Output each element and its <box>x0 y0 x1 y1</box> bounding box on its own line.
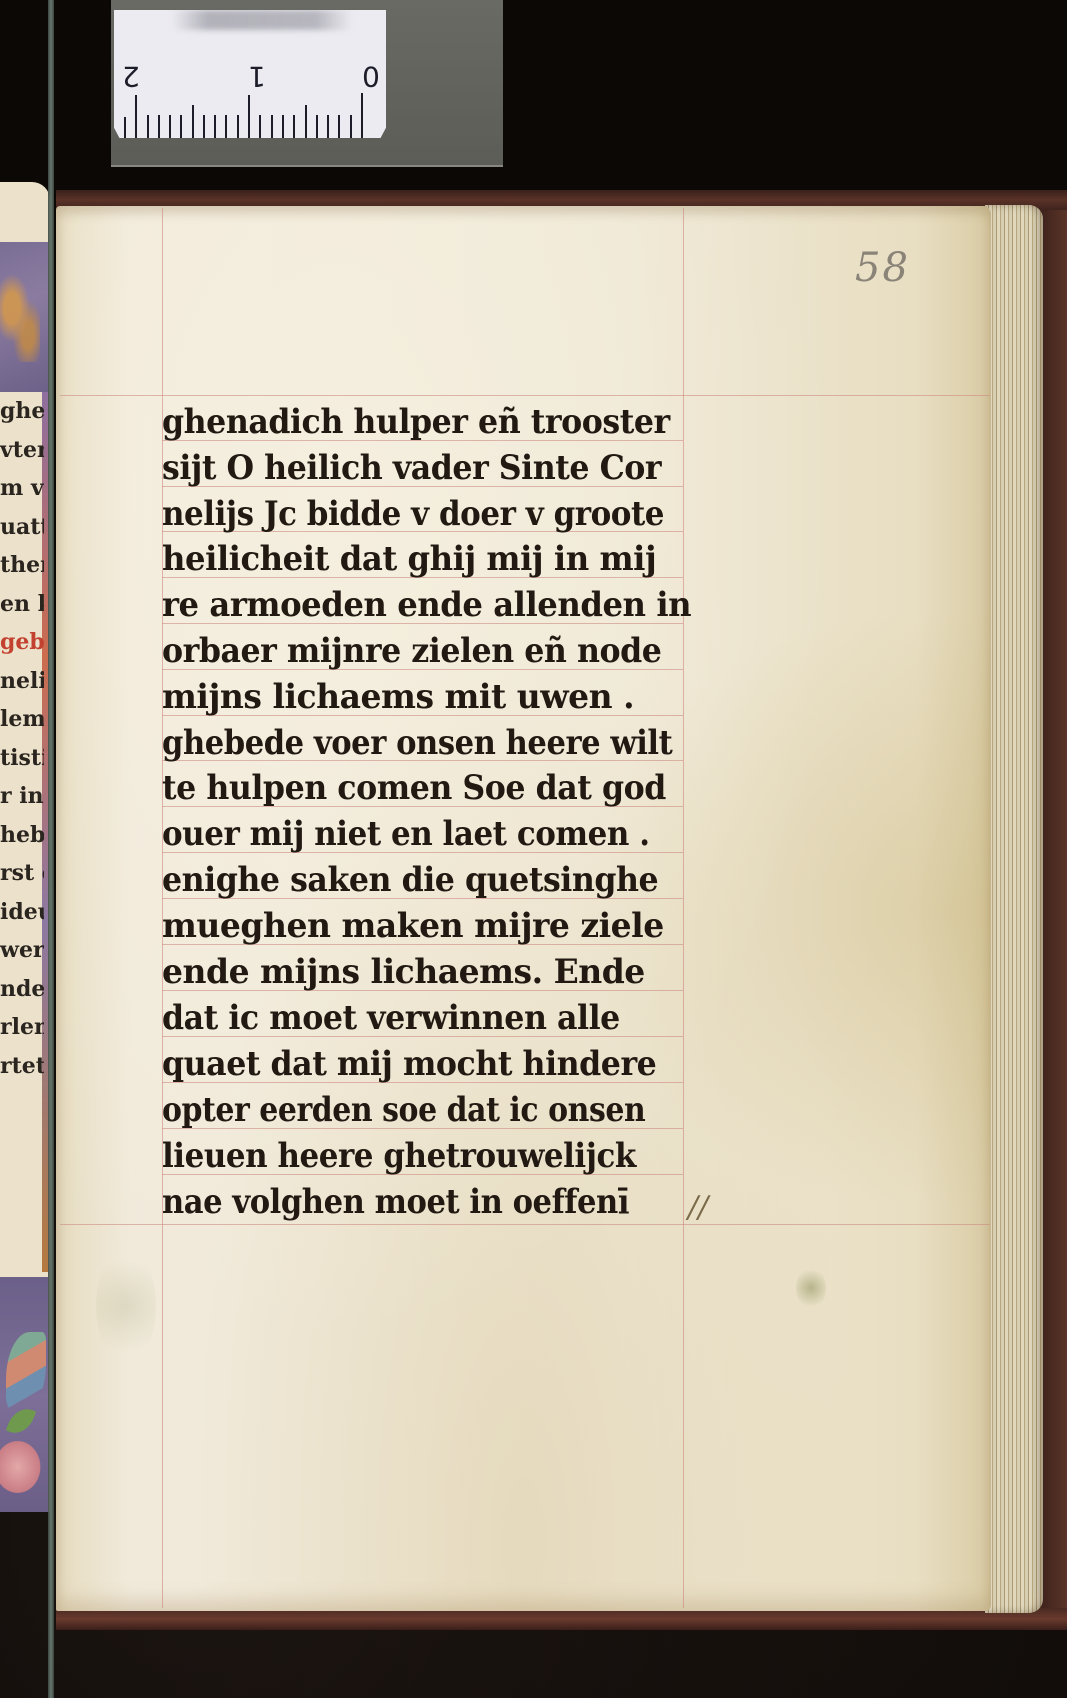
facing-line: vter <box>0 431 44 470</box>
facing-page-fragment: ghe vter m ver uatt therbe en k gebe nel… <box>0 182 50 1512</box>
text-line-16: opter eerden soe dat ic onsen <box>162 1088 645 1132</box>
ruler-label-0: 0 <box>362 62 380 90</box>
line-end-filler-mark: // <box>688 1190 708 1225</box>
ruler-shadow-ghost <box>172 10 352 30</box>
facing-line: hebt <box>0 816 44 855</box>
facing-line: ghe <box>0 392 44 431</box>
text-line-14: dat ic moet verwinnen alle <box>162 996 620 1040</box>
text-line-11: enighe saken die quetsinghe <box>162 858 658 902</box>
facing-line: m ver <box>0 469 44 508</box>
ruler-label-1: 1 <box>248 62 266 90</box>
flower-illumination-icon <box>0 1437 44 1497</box>
text-line-1: ghenadich hulper eñ trooster <box>162 400 670 444</box>
text-line-6: orbaer mijnre zielen eñ node <box>162 629 661 673</box>
facing-line: therbe <box>0 546 44 585</box>
glass-plate-edge <box>48 0 54 1698</box>
facing-line: rst et <box>0 854 44 893</box>
folio-number: 58 <box>855 245 910 291</box>
facing-line: r inde <box>0 777 44 816</box>
stain-mark <box>796 1266 826 1310</box>
text-line-17: lieuen heere ghetrouwelijck <box>162 1134 636 1178</box>
page-stack-fore-edge <box>985 205 1043 1613</box>
scale-ruler-card: 2 1 0 <box>111 0 503 167</box>
facing-page-text: ghe vter m ver uatt therbe en k gebe nel… <box>0 392 44 1085</box>
ruler-ticks <box>124 90 376 148</box>
ruling-bottom <box>60 1224 990 1225</box>
text-line-13: ende mijns lichaems. Ende <box>162 950 645 994</box>
text-line-10: ouer mij niet en laet comen . <box>162 812 650 856</box>
leather-binding-bottom <box>56 1608 1067 1630</box>
facing-line: werner <box>0 931 44 970</box>
facing-line: rtet <box>0 1047 44 1086</box>
facing-line: nde in <box>0 970 44 1009</box>
stain-mark <box>96 1246 156 1366</box>
facing-line: nelis <box>0 662 44 701</box>
text-line-7: mijns lichaems mit uwen . <box>162 675 634 719</box>
ruler-label-2: 2 <box>122 62 140 90</box>
facing-line: lema <box>0 700 44 739</box>
facing-line: uatt <box>0 508 44 547</box>
ruling-top <box>60 395 990 396</box>
facing-line: en k <box>0 585 44 624</box>
text-line-8: ghebede voer onsen heere wilt <box>162 721 672 765</box>
facing-line: ideu <box>0 893 44 932</box>
facing-line: rlend <box>0 1008 44 1047</box>
text-line-2: sijt O heilich vader Sinte Cor <box>162 446 661 490</box>
text-line-9: te hulpen comen Soe dat god <box>162 766 666 810</box>
illuminated-border-top <box>0 242 48 392</box>
manuscript-photo: 2 1 0 <box>0 0 1067 1698</box>
text-line-15: quaet dat mij mocht hindere <box>162 1042 656 1086</box>
text-line-3: nelijs Jc bidde v doer v groote <box>162 492 664 536</box>
scale-ruler: 2 1 0 <box>114 10 386 138</box>
text-line-5: re armoeden ende allenden in <box>162 583 691 627</box>
ruling-right <box>683 208 684 1608</box>
text-line-12: mueghen maken mijre ziele <box>162 904 664 948</box>
facing-line: tisti <box>0 739 44 778</box>
leather-binding-edge <box>1040 190 1067 1630</box>
facing-rubric-line: gebe <box>0 623 44 662</box>
text-line-18: nae volghen moet in oeffenī <box>162 1180 629 1224</box>
text-line-4: heilicheit dat ghij mij in mij <box>162 537 656 581</box>
